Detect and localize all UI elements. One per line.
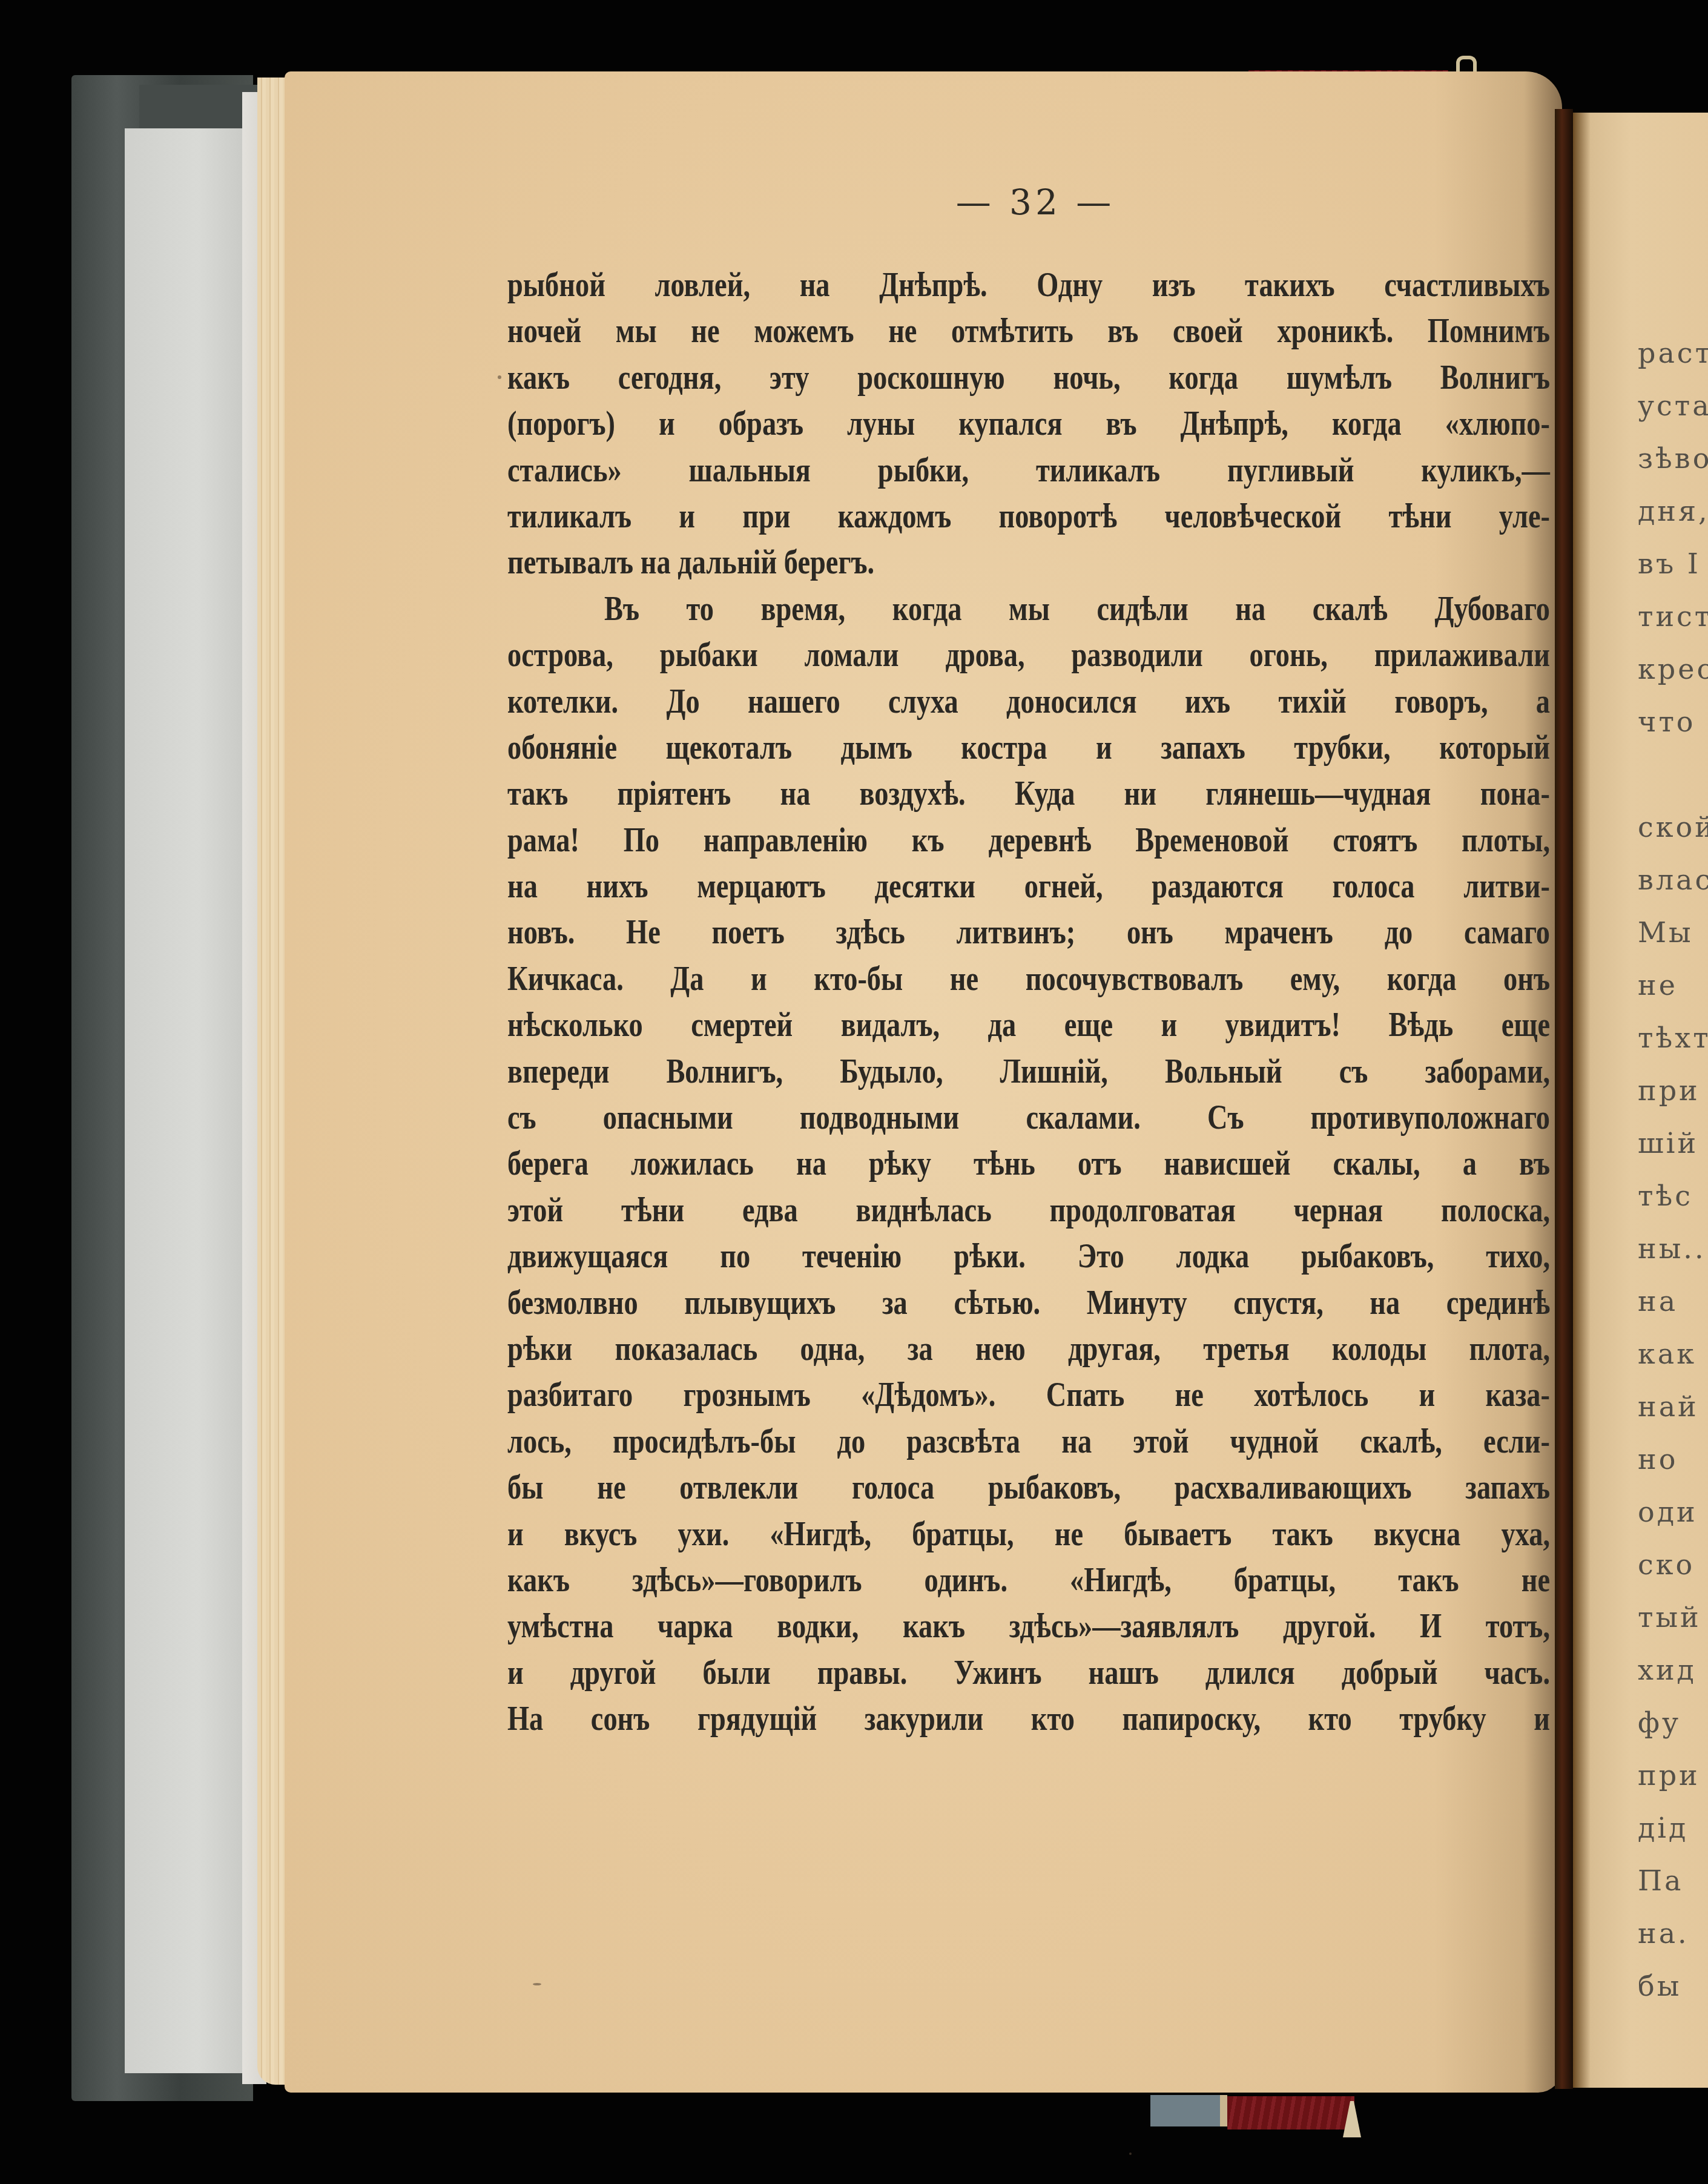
- paper-speck: [1129, 2153, 1132, 2155]
- text-line: этой тѣни едва виднѣлась продолговатая ч…: [507, 1187, 1550, 1233]
- page-gutter-shadow: [1555, 109, 1573, 2089]
- paper-speck: [533, 1983, 541, 1985]
- facing-page-line: фу: [1638, 1697, 1708, 1749]
- facing-page-line: въ I: [1638, 538, 1708, 590]
- paper-speck: [498, 375, 501, 379]
- facing-page-line: не: [1638, 959, 1708, 1012]
- facing-page-line: бы: [1638, 1960, 1708, 2013]
- facing-page-line: Мы: [1638, 906, 1708, 959]
- facing-page-line: ско: [1638, 1539, 1708, 1591]
- facing-page-line: тый: [1638, 1591, 1708, 1644]
- text-line: лось, просидѣлъ-бы до разсвѣта на этой ч…: [507, 1418, 1550, 1464]
- facing-page-line: на: [1638, 1275, 1708, 1328]
- facing-page-line: крес: [1638, 643, 1708, 696]
- text-line: стались» шальныя рыбки, тиликалъ пугливы…: [507, 447, 1550, 493]
- text-line: впереди Волнигъ, Будыло, Лишній, Вольный…: [507, 1048, 1550, 1094]
- facing-page-line: [1638, 748, 1708, 801]
- text-line: разбитаго грознымъ «Дѣдомъ». Спать не хо…: [507, 1371, 1550, 1417]
- facing-page-line: хид: [1638, 1644, 1708, 1697]
- text-line: рыбной ловлей, на Днѣпрѣ. Одну изъ таких…: [507, 262, 1550, 308]
- facing-page-line: уста: [1638, 380, 1708, 432]
- facing-page-line: раст: [1638, 327, 1708, 380]
- text-line: и вкусъ ухи. «Нигдѣ, братцы, не бываетъ …: [507, 1511, 1550, 1557]
- facing-page-line: тѣхт: [1638, 1012, 1708, 1064]
- facing-page-line: дня,: [1638, 485, 1708, 538]
- facing-page-line: дід: [1638, 1802, 1708, 1855]
- text-line: рѣки показалась одна, за нею другая, тре…: [507, 1325, 1550, 1371]
- facing-page-line: но: [1638, 1433, 1708, 1486]
- facing-page-line: ской: [1638, 801, 1708, 854]
- facing-page-line: тист: [1638, 590, 1708, 643]
- text-line: рама! По направленію къ деревнѣ Временов…: [507, 817, 1550, 863]
- facing-page-line: оди: [1638, 1486, 1708, 1539]
- text-line: тиликалъ и при каждомъ поворотѣ человѣче…: [507, 493, 1550, 539]
- text-line: такъ пріятенъ на воздухѣ. Куда ни глянеш…: [507, 770, 1550, 816]
- text-line: (порогъ) и образъ луны купался въ Днѣпрѣ…: [507, 400, 1550, 446]
- facing-page-line: шій: [1638, 1117, 1708, 1170]
- facing-page-text: растустазѣводня,въ Iтисткресчто скойвлас…: [1638, 327, 1708, 2013]
- spine-bottom-blue-band: [1150, 2095, 1220, 2126]
- text-line: нѣсколько смертей видалъ, да еще и увиди…: [507, 1001, 1550, 1047]
- text-line: съ опасными подводными скалами. Съ проти…: [507, 1094, 1550, 1140]
- text-line: ночей мы не можемъ не отмѣтить въ своей …: [507, 308, 1550, 354]
- facing-page-line: ны..: [1638, 1222, 1708, 1275]
- text-line: На сонъ грядущій закурили кто папироску,…: [507, 1695, 1550, 1741]
- facing-page-line: влас: [1638, 854, 1708, 906]
- text-line: новъ. Не поетъ здѣсь литвинъ; онъ мрачен…: [507, 909, 1550, 955]
- facing-page-line: зѣво: [1638, 432, 1708, 485]
- text-line: котелки. До нашего слуха доносился ихъ т…: [507, 678, 1550, 724]
- facing-page-line: при: [1638, 1064, 1708, 1117]
- facing-page-line: на.: [1638, 1907, 1708, 1960]
- text-line: петывалъ на дальній берегъ.: [507, 539, 1550, 585]
- text-line: какъ сегодня, эту роскошную ночь, когда …: [507, 354, 1550, 400]
- spine-bottom-separator: [1220, 2095, 1227, 2126]
- facing-page-line: най: [1638, 1381, 1708, 1433]
- facing-page-line: Па: [1638, 1855, 1708, 1907]
- text-line: Въ то время, когда мы сидѣли на скалѣ Ду…: [507, 586, 1550, 632]
- spine-bottom-red-band: [1227, 2096, 1354, 2130]
- text-line: острова, рыбаки ломали дрова, разводили …: [507, 632, 1550, 678]
- text-line: и другой были правы. Ужинъ нашъ длился д…: [507, 1649, 1550, 1695]
- text-line: бы не отвлекли голоса рыбаковъ, расхвали…: [507, 1464, 1550, 1510]
- text-line: умѣстна чарка водки, какъ здѣсь»—заявлял…: [507, 1603, 1550, 1649]
- text-line: какъ здѣсь»—говорилъ одинъ. «Нигдѣ, брат…: [507, 1557, 1550, 1603]
- text-line: на нихъ мерцаютъ десятки огней, раздаютс…: [507, 863, 1550, 909]
- facing-page-line: тѣс: [1638, 1170, 1708, 1222]
- text-line: движущаяся по теченію рѣки. Это лодка ры…: [507, 1233, 1550, 1279]
- endpaper: [125, 128, 246, 2073]
- text-line: берега ложилась на рѣку тѣнь отъ нависше…: [507, 1140, 1550, 1186]
- body-text: рыбной ловлей, на Днѣпрѣ. Одну изъ таких…: [507, 262, 1550, 1742]
- facing-page-line: что: [1638, 696, 1708, 748]
- text-line: обоняніе щекоталъ дымъ костра и запахъ т…: [507, 724, 1550, 770]
- page-number: — 32 —: [945, 182, 1126, 223]
- facing-page-line: при: [1638, 1749, 1708, 1802]
- text-line: безмолвно плывущихъ за сѣтью. Минуту спу…: [507, 1279, 1550, 1325]
- facing-page-line: как: [1638, 1328, 1708, 1381]
- text-line: Кичкаса. Да и кто-бы не посочувствовалъ …: [507, 955, 1550, 1001]
